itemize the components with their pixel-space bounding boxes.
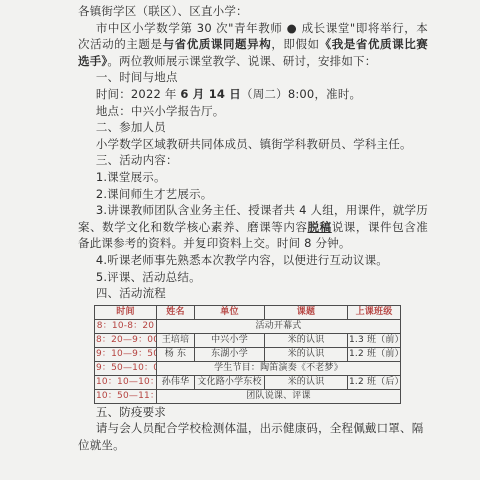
- intro-theme-bold: 与省优质课同题异构: [163, 37, 272, 51]
- header-time: 时间: [95, 305, 157, 319]
- intro-text: ，即假如: [271, 37, 319, 51]
- place-line: 地点：中兴小学报告厅。: [78, 103, 428, 120]
- intro-paragraph: 市中区小学数学第 30 次"青年教师 ● 成长课堂"即将举行，本次活动的主题是与…: [78, 20, 428, 70]
- cell-class: 1.2 班（前）: [348, 347, 401, 361]
- time-text: 时间：2022 年: [96, 87, 181, 101]
- content-item-3: 3.讲课教师团队含业务主任、授课者共 4 人组，用课件，就学历案、数学文化和数学…: [78, 202, 428, 252]
- content-item-5: 5.评课、活动总结。: [78, 269, 428, 286]
- cell-topic: 米的认识: [265, 347, 348, 361]
- time-line: 时间：2022 年 6 月 14 日（周二）8:00，准时。: [78, 86, 428, 103]
- section-5-body: 请与会人员配合学校检测体温，出示健康码，全程佩戴口罩、隔位就坐。: [78, 420, 428, 453]
- cell-unit: 东湖小学: [195, 347, 265, 361]
- header-unit: 单位: [195, 305, 265, 319]
- cell-time: 10：10—10：50: [95, 375, 157, 389]
- table-row-review: 10：50—11：30 团队说课、评课: [95, 389, 401, 403]
- content-item-2: 2.课间师生才艺展示。: [78, 186, 428, 203]
- cell-merged-opening: 活动开幕式: [157, 319, 401, 333]
- section-3-heading: 三、活动内容：: [78, 152, 428, 169]
- cell-time: 10：50—11：30: [95, 389, 157, 403]
- cell-topic: 米的认识: [265, 333, 348, 347]
- cell-time: 8：10-8：20: [95, 319, 157, 333]
- intro-text: 。两位教师展示课堂教学、说课、研讨，安排如下：: [107, 54, 376, 68]
- cell-class: 1.3 班（前）: [348, 333, 401, 347]
- content-item-4: 4.听课老师事先熟悉本次教学内容，以便进行互动议课。: [78, 252, 428, 269]
- notice-document-page: 各镇街学区（联区）、区直小学： 市中区小学数学第 30 次"青年教师 ● 成长课…: [0, 0, 480, 480]
- header-class: 上课班级: [348, 305, 401, 319]
- section-1-heading: 一、时间与地点: [78, 69, 428, 86]
- cell-time: 9：50—10：00: [95, 361, 157, 375]
- table-row-student-show: 9：50—10：00 学生节目：陶笛演奏《不老梦》: [95, 361, 401, 375]
- section-2-body: 小学数学区域教研共同体成员、镇街学科教研员、学科主任。: [78, 136, 428, 153]
- table-header-row: 时间 姓名 单位 课题 上课班级: [95, 305, 401, 319]
- cell-class: 1.2 班（后）: [348, 375, 401, 389]
- section-5-heading: 五、防疫要求: [78, 404, 428, 421]
- time-date-bold: 6 月 14 日: [180, 87, 241, 101]
- cell-topic: 米的认识: [265, 375, 348, 389]
- content-item-1: 1.课堂展示。: [78, 169, 428, 186]
- table-row-opening: 8：10-8：20 活动开幕式: [95, 319, 401, 333]
- table-row-lesson-3: 10：10—10：50 孙伟华 文化路小学东校 米的认识 1.2 班（后）: [95, 375, 401, 389]
- cell-time: 8：20—9：00: [95, 333, 157, 347]
- table-row-lesson-1: 8：20—9：00 王培培 中兴小学 米的认识 1.3 班（前）: [95, 333, 401, 347]
- item-3-tuogao-bold: 脱稿: [308, 220, 332, 234]
- cell-time: 9：10—9：50: [95, 347, 157, 361]
- cell-merged-student-show: 学生节目：陶笛演奏《不老梦》: [157, 361, 401, 375]
- header-name: 姓名: [157, 305, 195, 319]
- section-2-heading: 二、参加人员: [78, 119, 428, 136]
- cell-unit: 文化路小学东校: [195, 375, 265, 389]
- cell-name: 王培培: [157, 333, 195, 347]
- cell-name: 孙伟华: [157, 375, 195, 389]
- section-4-heading: 四、活动流程: [78, 285, 428, 302]
- time-text: （周二）8:00，准时。: [241, 87, 361, 101]
- header-topic: 课题: [265, 305, 348, 319]
- activity-flow-table: 时间 姓名 单位 课题 上课班级 8：10-8：20 活动开幕式 8：20—9：…: [94, 305, 401, 404]
- salutation-line: 各镇街学区（联区）、区直小学：: [78, 3, 428, 20]
- table-row-lesson-2: 9：10—9：50 杨 东 东湖小学 米的认识 1.2 班（前）: [95, 347, 401, 361]
- cell-name: 杨 东: [157, 347, 195, 361]
- cell-unit: 中兴小学: [195, 333, 265, 347]
- document-body: 各镇街学区（联区）、区直小学： 市中区小学数学第 30 次"青年教师 ● 成长课…: [78, 3, 428, 453]
- cell-merged-review: 团队说课、评课: [157, 389, 401, 403]
